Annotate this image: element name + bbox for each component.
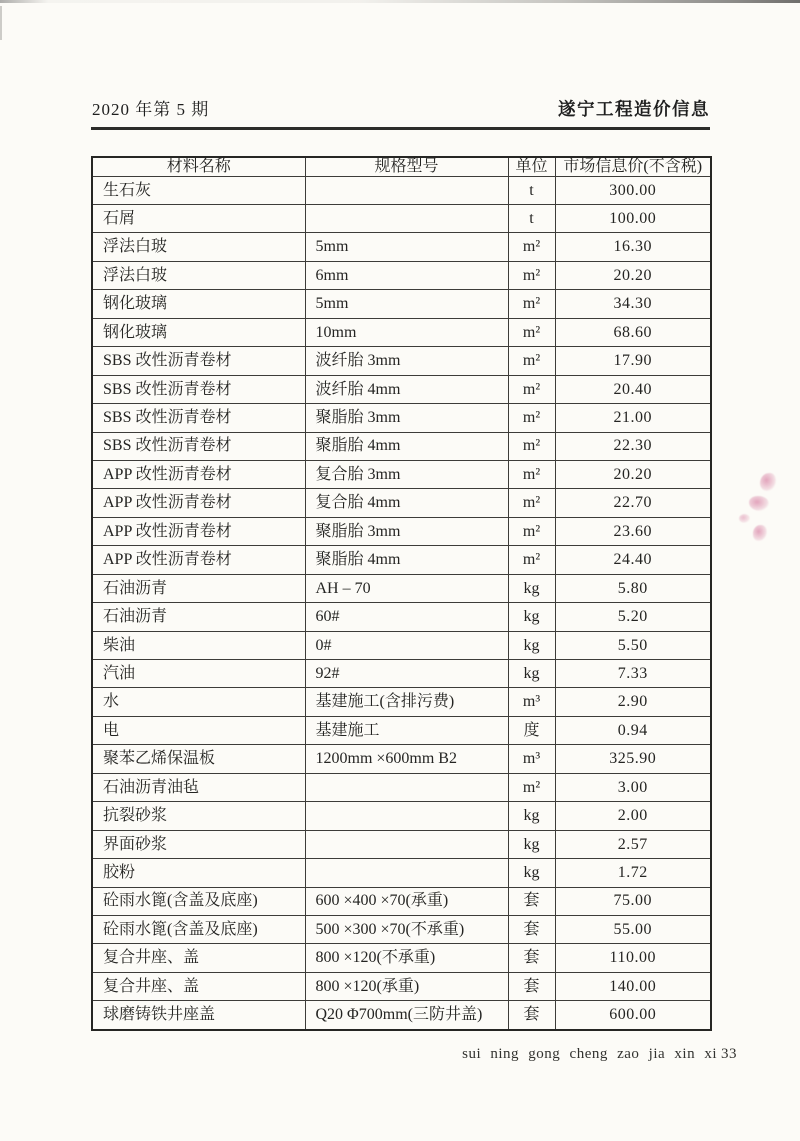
table-row: APP 改性沥青卷材聚脂胎 4mmm²24.40 bbox=[92, 546, 711, 574]
material-price-table: 材料名称 规格型号 单位 市场信息价(不含税) 生石灰t300.00石屑t100… bbox=[91, 156, 712, 1031]
spec-cell: 波纤胎 3mm bbox=[305, 347, 508, 375]
spec-cell: 聚脂胎 3mm bbox=[305, 517, 508, 545]
running-head: 2020 年第 5 期 遂宁工程造价信息 bbox=[92, 95, 710, 121]
price-cell: 300.00 bbox=[555, 176, 711, 204]
spec-cell: 聚脂胎 3mm bbox=[305, 404, 508, 432]
footer-pinyin-text: sui ning gong cheng zao jia xin xi bbox=[462, 1046, 717, 1062]
unit-cell: kg bbox=[508, 603, 555, 631]
header-spec-model: 规格型号 bbox=[305, 157, 508, 176]
unit-cell: 套 bbox=[508, 887, 555, 915]
price-cell: 22.70 bbox=[555, 489, 711, 517]
spec-cell: 复合胎 4mm bbox=[305, 489, 508, 517]
spec-cell: 500 ×300 ×70(不承重) bbox=[305, 915, 508, 943]
unit-cell: m² bbox=[508, 375, 555, 403]
unit-cell: m² bbox=[508, 546, 555, 574]
material-name-cell: SBS 改性沥青卷材 bbox=[92, 404, 305, 432]
table-row: APP 改性沥青卷材复合胎 3mmm²20.20 bbox=[92, 460, 711, 488]
table-row: 石油沥青油毡m²3.00 bbox=[92, 773, 711, 801]
unit-cell: kg bbox=[508, 631, 555, 659]
material-name-cell: 砼雨水篦(含盖及底座) bbox=[92, 887, 305, 915]
material-name-cell: 柴油 bbox=[92, 631, 305, 659]
material-name-cell: SBS 改性沥青卷材 bbox=[92, 432, 305, 460]
pink-ink-smudge bbox=[760, 473, 776, 491]
material-name-cell: 界面砂浆 bbox=[92, 830, 305, 858]
unit-cell: m² bbox=[508, 489, 555, 517]
material-name-cell: 电 bbox=[92, 716, 305, 744]
header-market-price: 市场信息价(不含税) bbox=[555, 157, 711, 176]
spec-cell: 波纤胎 4mm bbox=[305, 375, 508, 403]
unit-cell: t bbox=[508, 176, 555, 204]
issue-label: 2020 年第 5 期 bbox=[92, 95, 209, 120]
page-number: 33 bbox=[717, 1046, 737, 1062]
price-cell: 68.60 bbox=[555, 318, 711, 346]
material-name-cell: 生石灰 bbox=[92, 176, 305, 204]
material-name-cell: 石屑 bbox=[92, 205, 305, 233]
spec-cell: 10mm bbox=[305, 318, 508, 346]
material-name-cell: 球磨铸铁井座盖 bbox=[92, 1001, 305, 1030]
material-name-cell: 复合井座、盖 bbox=[92, 972, 305, 1000]
material-name-cell: 胶粉 bbox=[92, 859, 305, 887]
table-row: 石油沥青AH – 70kg5.80 bbox=[92, 574, 711, 602]
price-cell: 140.00 bbox=[555, 972, 711, 1000]
unit-cell: kg bbox=[508, 660, 555, 688]
unit-cell: m² bbox=[508, 261, 555, 289]
material-name-cell: 水 bbox=[92, 688, 305, 716]
spec-cell: 1200mm ×600mm B2 bbox=[305, 745, 508, 773]
publication-title: 遂宁工程造价信息 bbox=[558, 96, 710, 121]
material-name-cell: 浮法白玻 bbox=[92, 233, 305, 261]
unit-cell: kg bbox=[508, 859, 555, 887]
table-row: SBS 改性沥青卷材聚脂胎 3mmm²21.00 bbox=[92, 404, 711, 432]
unit-cell: m³ bbox=[508, 688, 555, 716]
price-cell: 20.20 bbox=[555, 460, 711, 488]
spec-cell: 92# bbox=[305, 660, 508, 688]
table-header-row: 材料名称 规格型号 单位 市场信息价(不含税) bbox=[92, 157, 711, 176]
spec-cell bbox=[305, 773, 508, 801]
scan-top-edge-artifact bbox=[0, 0, 800, 3]
table-row: 石屑t100.00 bbox=[92, 205, 711, 233]
table-row: 复合井座、盖800 ×120(承重)套140.00 bbox=[92, 972, 711, 1000]
price-cell: 7.33 bbox=[555, 660, 711, 688]
table-row: 砼雨水篦(含盖及底座)500 ×300 ×70(不承重)套55.00 bbox=[92, 915, 711, 943]
spec-cell: 5mm bbox=[305, 233, 508, 261]
spec-cell bbox=[305, 176, 508, 204]
material-name-cell: APP 改性沥青卷材 bbox=[92, 460, 305, 488]
spec-cell: 800 ×120(不承重) bbox=[305, 944, 508, 972]
unit-cell: 度 bbox=[508, 716, 555, 744]
table-row: 界面砂浆kg2.57 bbox=[92, 830, 711, 858]
unit-cell: kg bbox=[508, 574, 555, 602]
unit-cell: m² bbox=[508, 432, 555, 460]
table-row: 球磨铸铁井座盖Q20 Φ700mm(三防井盖)套600.00 bbox=[92, 1001, 711, 1030]
spec-cell: Q20 Φ700mm(三防井盖) bbox=[305, 1001, 508, 1030]
price-cell: 325.90 bbox=[555, 745, 711, 773]
price-cell: 5.20 bbox=[555, 603, 711, 631]
table-row: 汽油92#kg7.33 bbox=[92, 660, 711, 688]
spec-cell bbox=[305, 859, 508, 887]
price-cell: 20.20 bbox=[555, 261, 711, 289]
table-row: SBS 改性沥青卷材聚脂胎 4mmm²22.30 bbox=[92, 432, 711, 460]
table-row: 砼雨水篦(含盖及底座)600 ×400 ×70(承重)套75.00 bbox=[92, 887, 711, 915]
price-cell: 75.00 bbox=[555, 887, 711, 915]
spec-cell: 聚脂胎 4mm bbox=[305, 546, 508, 574]
material-name-cell: APP 改性沥青卷材 bbox=[92, 489, 305, 517]
unit-cell: m² bbox=[508, 773, 555, 801]
spec-cell: 0# bbox=[305, 631, 508, 659]
spec-cell: 600 ×400 ×70(承重) bbox=[305, 887, 508, 915]
spec-cell: AH – 70 bbox=[305, 574, 508, 602]
table-row: 浮法白玻6mmm²20.20 bbox=[92, 261, 711, 289]
material-name-cell: APP 改性沥青卷材 bbox=[92, 546, 305, 574]
material-name-cell: 汽油 bbox=[92, 660, 305, 688]
price-cell: 110.00 bbox=[555, 944, 711, 972]
unit-cell: 套 bbox=[508, 1001, 555, 1030]
price-cell: 34.30 bbox=[555, 290, 711, 318]
table-row: 钢化玻璃5mmm²34.30 bbox=[92, 290, 711, 318]
price-cell: 5.50 bbox=[555, 631, 711, 659]
header-rule bbox=[91, 127, 710, 130]
table-row: APP 改性沥青卷材聚脂胎 3mmm²23.60 bbox=[92, 517, 711, 545]
spec-cell: 800 ×120(承重) bbox=[305, 972, 508, 1000]
price-table-body: 生石灰t300.00石屑t100.00浮法白玻5mmm²16.30浮法白玻6mm… bbox=[92, 176, 711, 1030]
material-name-cell: 浮法白玻 bbox=[92, 261, 305, 289]
table-row: 生石灰t300.00 bbox=[92, 176, 711, 204]
pink-ink-smudge bbox=[749, 496, 769, 511]
price-cell: 1.72 bbox=[555, 859, 711, 887]
spec-cell: 聚脂胎 4mm bbox=[305, 432, 508, 460]
table-row: APP 改性沥青卷材复合胎 4mmm²22.70 bbox=[92, 489, 711, 517]
unit-cell: m² bbox=[508, 460, 555, 488]
price-cell: 2.90 bbox=[555, 688, 711, 716]
unit-cell: m³ bbox=[508, 745, 555, 773]
spec-cell bbox=[305, 205, 508, 233]
material-name-cell: 聚苯乙烯保温板 bbox=[92, 745, 305, 773]
unit-cell: m² bbox=[508, 517, 555, 545]
price-cell: 17.90 bbox=[555, 347, 711, 375]
table-row: 钢化玻璃10mmm²68.60 bbox=[92, 318, 711, 346]
table-row: SBS 改性沥青卷材波纤胎 4mmm²20.40 bbox=[92, 375, 711, 403]
material-name-cell: 钢化玻璃 bbox=[92, 290, 305, 318]
spec-cell: 60# bbox=[305, 603, 508, 631]
price-cell: 100.00 bbox=[555, 205, 711, 233]
header-material-name: 材料名称 bbox=[92, 157, 305, 176]
spec-cell: 6mm bbox=[305, 261, 508, 289]
scanned-document-page: { "page_header": { "issue": "2020 年第 5 期… bbox=[0, 0, 800, 1141]
table-row: SBS 改性沥青卷材波纤胎 3mmm²17.90 bbox=[92, 347, 711, 375]
material-name-cell: SBS 改性沥青卷材 bbox=[92, 347, 305, 375]
unit-cell: kg bbox=[508, 830, 555, 858]
price-cell: 24.40 bbox=[555, 546, 711, 574]
unit-cell: m² bbox=[508, 347, 555, 375]
price-cell: 3.00 bbox=[555, 773, 711, 801]
price-cell: 55.00 bbox=[555, 915, 711, 943]
scan-left-edge-artifact bbox=[0, 6, 2, 40]
table-row: 聚苯乙烯保温板1200mm ×600mm B2m³325.90 bbox=[92, 745, 711, 773]
spec-cell: 复合胎 3mm bbox=[305, 460, 508, 488]
price-cell: 5.80 bbox=[555, 574, 711, 602]
table-row: 胶粉kg1.72 bbox=[92, 859, 711, 887]
price-cell: 0.94 bbox=[555, 716, 711, 744]
unit-cell: 套 bbox=[508, 915, 555, 943]
price-cell: 22.30 bbox=[555, 432, 711, 460]
price-cell: 21.00 bbox=[555, 404, 711, 432]
price-cell: 2.57 bbox=[555, 830, 711, 858]
table-row: 柴油0#kg5.50 bbox=[92, 631, 711, 659]
unit-cell: kg bbox=[508, 802, 555, 830]
unit-cell: m² bbox=[508, 233, 555, 261]
unit-cell: m² bbox=[508, 318, 555, 346]
spec-cell: 5mm bbox=[305, 290, 508, 318]
table-row: 浮法白玻5mmm²16.30 bbox=[92, 233, 711, 261]
unit-cell: 套 bbox=[508, 972, 555, 1000]
price-cell: 23.60 bbox=[555, 517, 711, 545]
material-name-cell: 抗裂砂浆 bbox=[92, 802, 305, 830]
price-cell: 600.00 bbox=[555, 1001, 711, 1030]
unit-cell: 套 bbox=[508, 944, 555, 972]
spec-cell bbox=[305, 802, 508, 830]
page-footer: sui ning gong cheng zao jia xin xi33 bbox=[462, 1046, 737, 1063]
unit-cell: m² bbox=[508, 290, 555, 318]
material-name-cell: SBS 改性沥青卷材 bbox=[92, 375, 305, 403]
unit-cell: t bbox=[508, 205, 555, 233]
material-name-cell: 石油沥青 bbox=[92, 603, 305, 631]
table-row: 石油沥青60#kg5.20 bbox=[92, 603, 711, 631]
material-name-cell: 复合井座、盖 bbox=[92, 944, 305, 972]
pink-ink-smudge bbox=[753, 525, 767, 541]
material-name-cell: 砼雨水篦(含盖及底座) bbox=[92, 915, 305, 943]
spec-cell bbox=[305, 830, 508, 858]
spec-cell: 基建施工 bbox=[305, 716, 508, 744]
spec-cell: 基建施工(含排污费) bbox=[305, 688, 508, 716]
material-name-cell: APP 改性沥青卷材 bbox=[92, 517, 305, 545]
price-cell: 16.30 bbox=[555, 233, 711, 261]
material-name-cell: 石油沥青 bbox=[92, 574, 305, 602]
unit-cell: m² bbox=[508, 404, 555, 432]
pink-ink-smudge bbox=[739, 514, 750, 523]
price-cell: 2.00 bbox=[555, 802, 711, 830]
material-name-cell: 石油沥青油毡 bbox=[92, 773, 305, 801]
table-row: 复合井座、盖800 ×120(不承重)套110.00 bbox=[92, 944, 711, 972]
material-name-cell: 钢化玻璃 bbox=[92, 318, 305, 346]
price-cell: 20.40 bbox=[555, 375, 711, 403]
table-row: 电基建施工度0.94 bbox=[92, 716, 711, 744]
table-row: 抗裂砂浆kg2.00 bbox=[92, 802, 711, 830]
table-row: 水基建施工(含排污费)m³2.90 bbox=[92, 688, 711, 716]
header-unit: 单位 bbox=[508, 157, 555, 176]
